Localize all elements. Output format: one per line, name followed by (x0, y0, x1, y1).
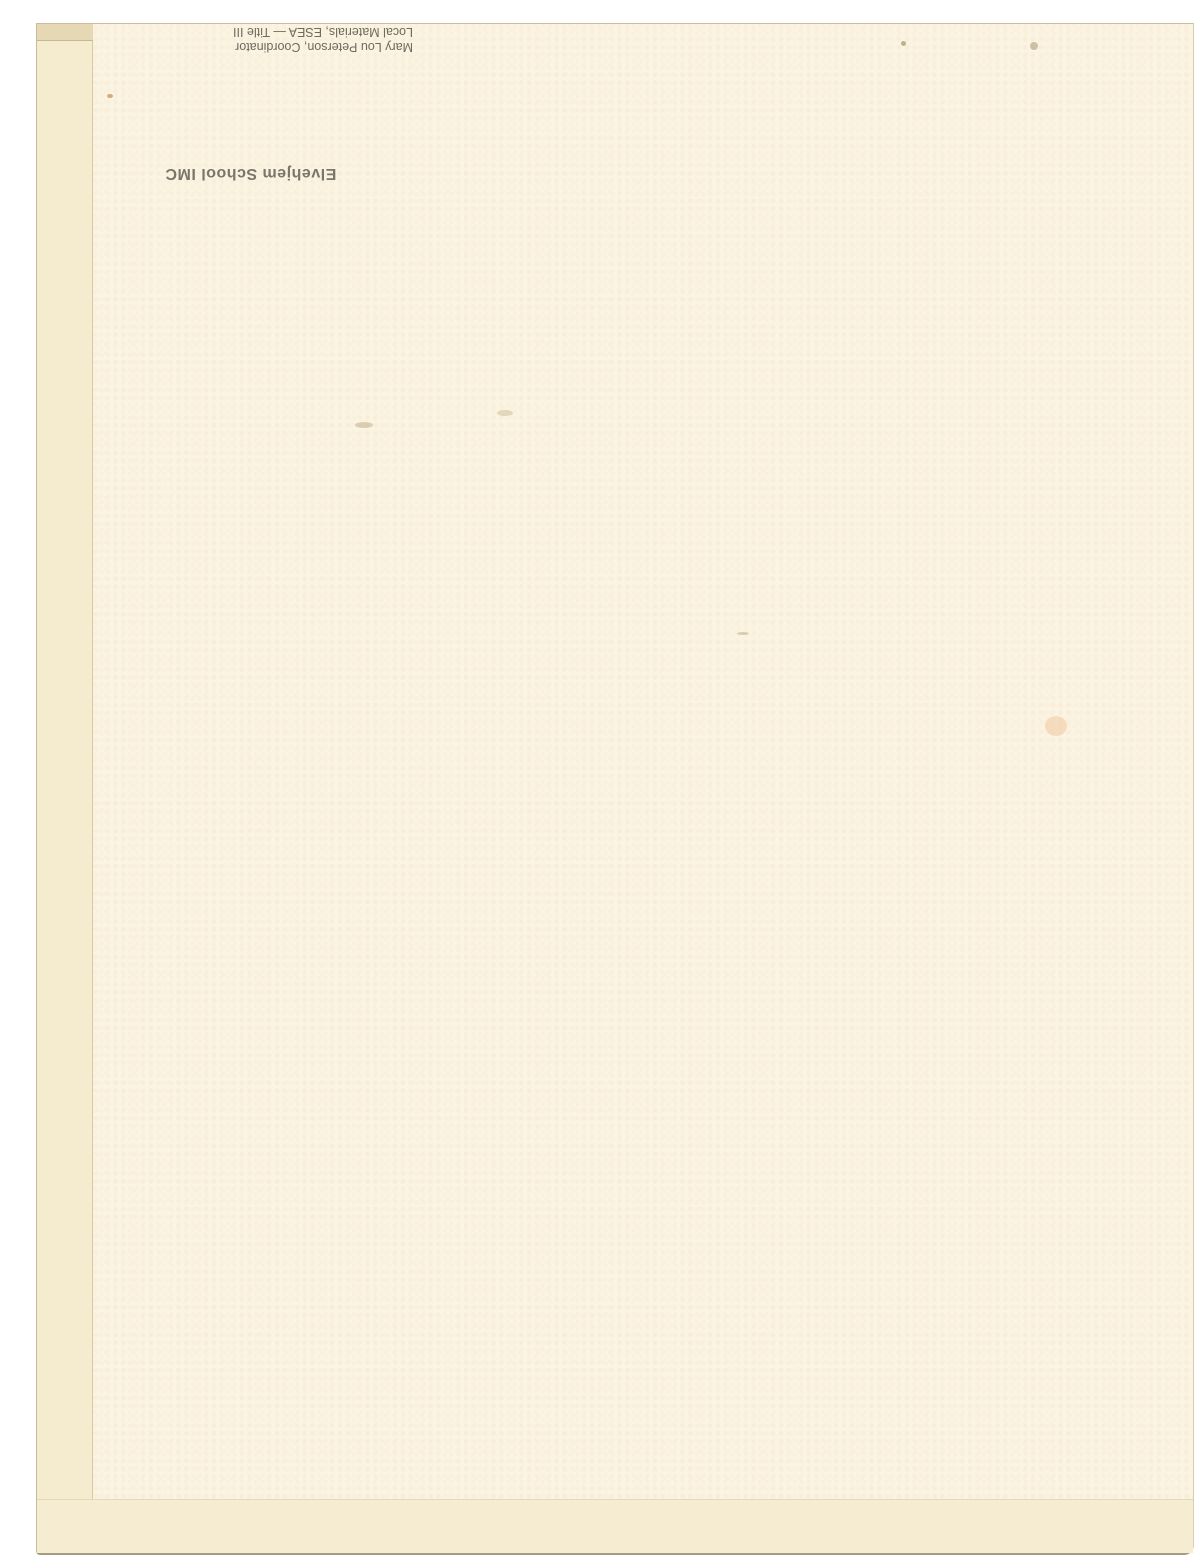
stain-spot (355, 422, 373, 428)
back-cover-page: Mary Lou Peterson, Coordinator Local Mat… (36, 23, 1194, 1555)
stain-spot (1030, 42, 1038, 50)
spine-binding-tape (37, 24, 93, 1553)
bottom-binding-tape (37, 1499, 1193, 1553)
coordinator-stamp: Mary Lou Peterson, Coordinator Local Mat… (103, 24, 413, 54)
program-line: Local Materials, ESEA — Title III (103, 24, 413, 39)
stain-spot (1045, 716, 1067, 736)
stain-spot (737, 632, 749, 635)
coordinator-line: Mary Lou Peterson, Coordinator (103, 39, 413, 54)
stain-spot (107, 94, 113, 98)
tape-corner-fold (37, 24, 93, 41)
stain-spot (901, 41, 906, 46)
school-stamp: Elvehjem School IMC (165, 164, 336, 182)
stain-spot (497, 410, 513, 416)
